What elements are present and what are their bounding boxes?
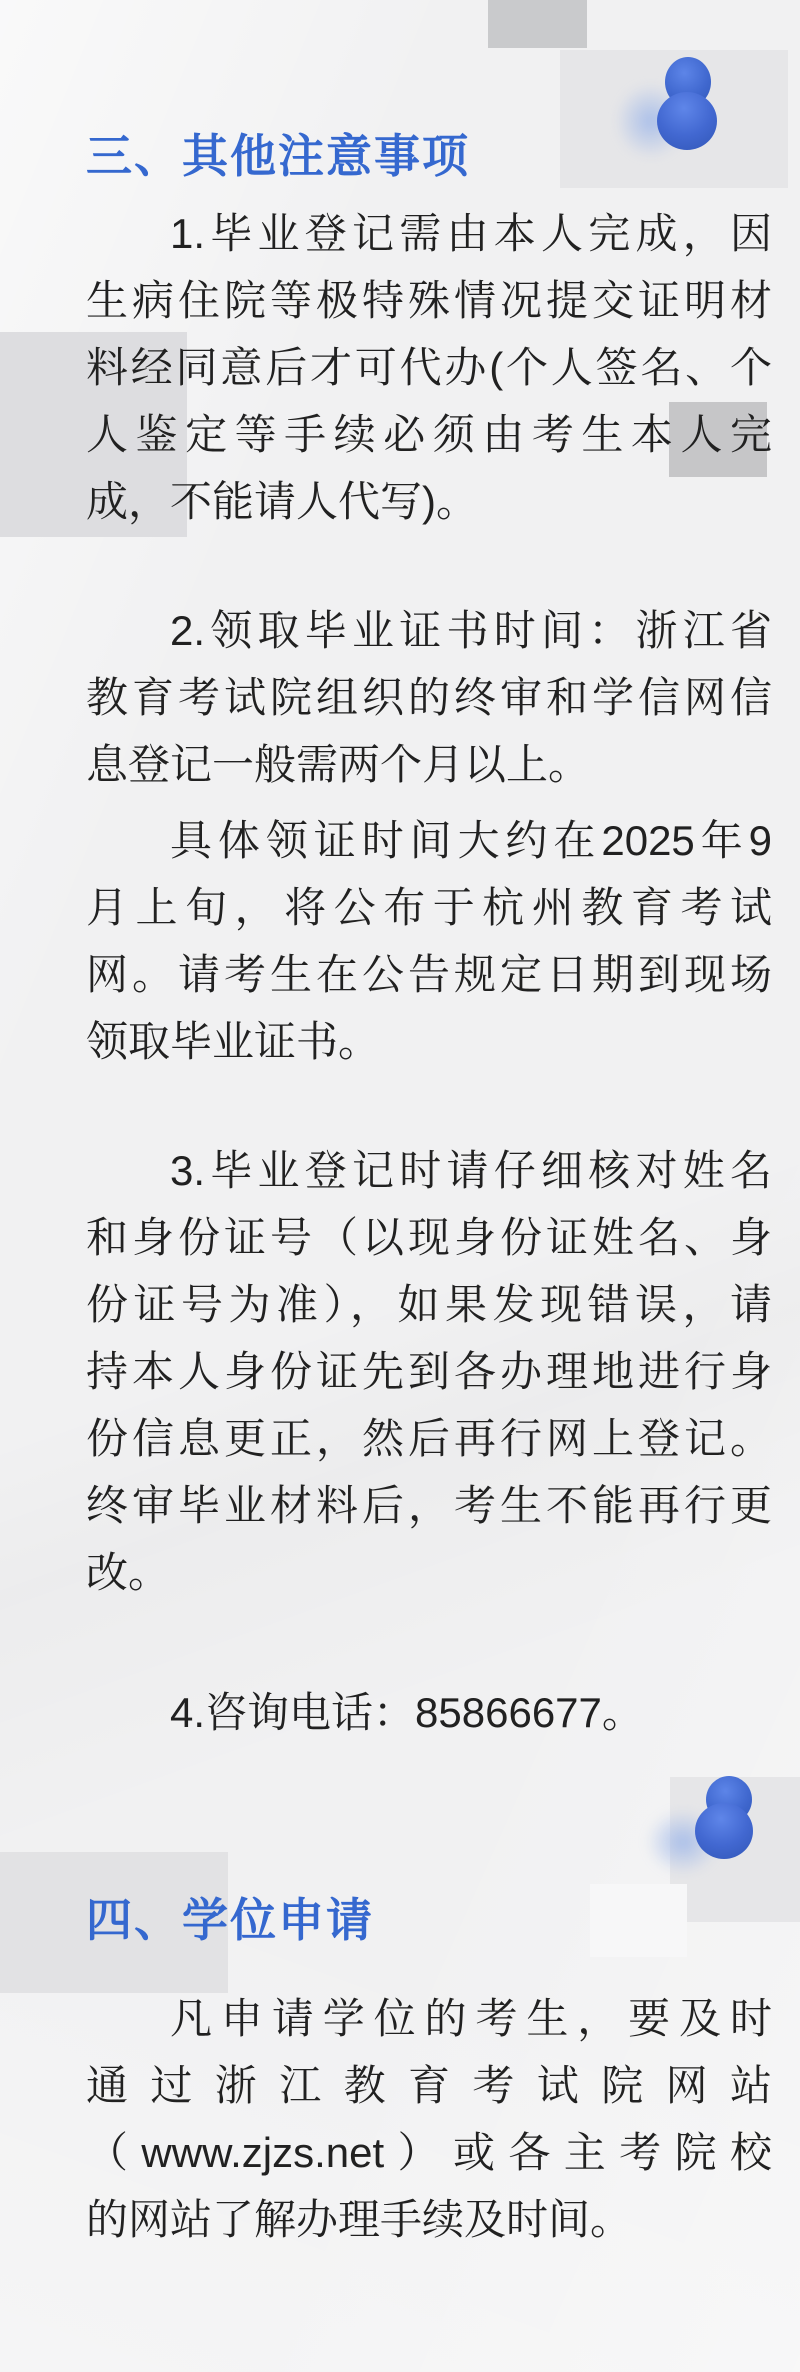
section-degree-application: 四、学位申请 凡申请学位的考生，要及时 通过浙江教育考试院网站 （www.zjz… [86,1892,772,2253]
section-title: 四、学位申请 [86,1892,772,1948]
paragraph: 凡申请学位的考生，要及时 通过浙江教育考试院网站 （www.zjzs.net）或… [86,1985,772,2253]
text-line: （www.zjzs.net）或各主考院校 [86,2119,772,2186]
text-line: 息登记一般需两个月以上。 [86,731,772,798]
text-line: 教育考试院组织的终审和学信网信 [86,664,772,731]
notice-content: 三、其他注意事项 1.毕业登记需由本人完成，因 生病住院等极特殊情况提交证明材 … [86,0,772,2253]
text-line: 网。请考生在公告规定日期到现场 [86,941,772,1008]
text-line: 成，不能请人代写)。 [86,468,772,535]
text-line: 领取毕业证书。 [86,1008,772,1075]
paragraph: 4.咨询电话：85866677。 [86,1679,772,1746]
text-line: 凡申请学位的考生，要及时 [86,1985,772,2052]
text-line: 3.毕业登记时请仔细核对姓名 [86,1137,772,1204]
text-line: 终审毕业材料后，考生不能再行更 [86,1472,772,1539]
text-line: 1.毕业登记需由本人完成，因 [86,200,772,267]
text-line: 具体领证时间大约在2025年9 [86,807,772,874]
text-line: 份证号为准），如果发现错误，请 [86,1271,772,1338]
text-line: 通过浙江教育考试院网站 [86,2052,772,2119]
text-line: 的网站了解办理手续及时间。 [86,2186,772,2253]
text-line: 2.领取毕业证书时间：浙江省 [86,597,772,664]
paragraph: 具体领证时间大约在2025年9 月上旬，将公布于杭州教育考试 网。请考生在公告规… [86,807,772,1075]
text-line: 4.咨询电话：85866677。 [86,1679,772,1746]
text-line: 份信息更正，然后再行网上登记。 [86,1405,772,1472]
text-line: 和身份证号（以现身份证姓名、身 [86,1204,772,1271]
text-line: 生病住院等极特殊情况提交证明材 [86,267,772,334]
notice-page: { "colors": { "background": "#f1f1f2", "… [0,0,800,2372]
paragraph: 3.毕业登记时请仔细核对姓名 和身份证号（以现身份证姓名、身 份证号为准），如果… [86,1137,772,1606]
text-line: 持本人身份证先到各办理地进行身 [86,1338,772,1405]
section-title: 三、其他注意事项 [86,128,772,184]
text-line: 人鉴定等手续必须由考生本人完 [86,401,772,468]
paragraph: 1.毕业登记需由本人完成，因 生病住院等极特殊情况提交证明材 料经同意后才可代办… [86,200,772,535]
paragraph: 2.领取毕业证书时间：浙江省 教育考试院组织的终审和学信网信 息登记一般需两个月… [86,597,772,798]
text-line: 月上旬，将公布于杭州教育考试 [86,874,772,941]
text-line: 改。 [86,1539,772,1606]
section-other-notes: 三、其他注意事项 1.毕业登记需由本人完成，因 生病住院等极特殊情况提交证明材 … [86,128,772,1746]
text-line: 料经同意后才可代办(个人签名、个 [86,334,772,401]
